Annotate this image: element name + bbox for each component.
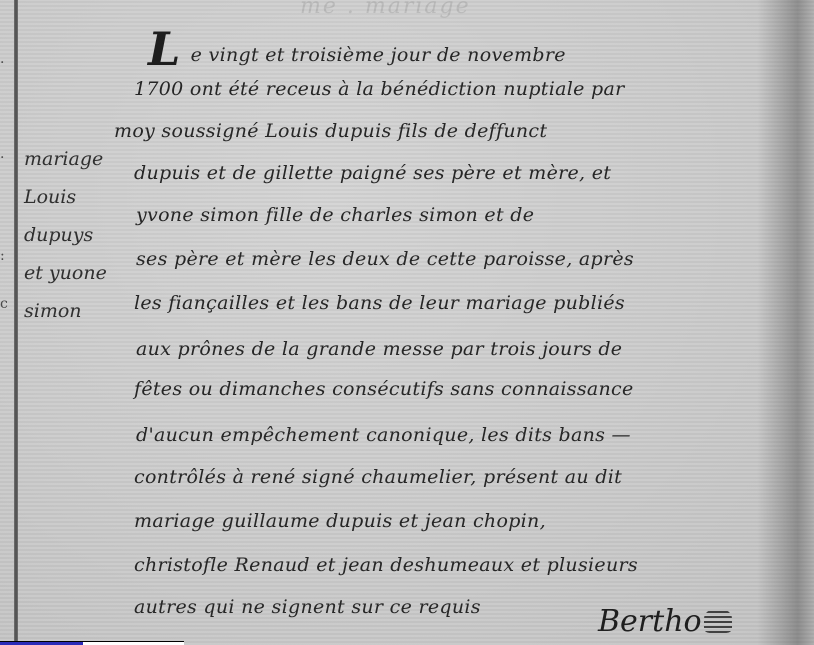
margin-dot: : [0, 248, 5, 264]
record-line: Le vingt et troisième jour de novembre [148, 22, 566, 76]
margin-note-line: mariage [24, 140, 134, 178]
record-line: mariage guillaume dupuis et jean chopin, [134, 510, 546, 532]
horizontal-scrollbar[interactable] [0, 641, 184, 645]
record-line: les fiançailles et les bans de leur mari… [134, 292, 625, 314]
record-line: autres qui ne signent sur ce requis [134, 596, 481, 618]
signature-paraph-flourish [704, 609, 732, 633]
record-line: 1700 ont été receus à la bénédiction nup… [134, 78, 624, 100]
bleed-through-text: me . mariage [300, 0, 471, 19]
record-line: yvone simon fille de charles simon et de [136, 204, 534, 226]
record-line: moy soussigné Louis dupuis fils de deffu… [114, 120, 547, 142]
record-line: aux prônes de la grande messe par trois … [136, 338, 622, 360]
margin-annotation: mariage Louis dupuys et yuone simon [24, 140, 134, 330]
signature-text: Bertho [598, 604, 702, 639]
record-line: d'aucun empêchement canonique, les dits … [136, 424, 631, 446]
record-line: fêtes ou dimanches consécutifs sans conn… [134, 378, 634, 400]
margin-dot: · [0, 150, 4, 166]
margin-note-line: Louis [24, 178, 134, 216]
margin-dot: c [0, 296, 8, 312]
record-line: ses père et mère les deux de cette paroi… [136, 248, 634, 270]
record-line: dupuis et de gillette paigné ses père et… [134, 162, 611, 184]
margin-rule-line [14, 0, 18, 645]
image-viewer: me . mariage · · : c mariage Louis dupuy… [0, 0, 814, 645]
register-page-scan: me . mariage · · : c mariage Louis dupuy… [0, 0, 814, 645]
record-line: christofle Renaud et jean deshumeaux et … [134, 554, 638, 576]
margin-note-line: dupuys [24, 216, 134, 254]
margin-note-line: simon [24, 292, 134, 330]
margin-dot: · [0, 55, 4, 71]
margin-note-line: et yuone [24, 254, 134, 292]
record-line-text: e vingt et troisième jour de novembre [191, 44, 566, 66]
record-line: contrôlés à rené signé chaumelier, prése… [134, 466, 622, 488]
decorated-initial: L [148, 22, 181, 76]
priest-signature: Bertho [598, 604, 732, 639]
